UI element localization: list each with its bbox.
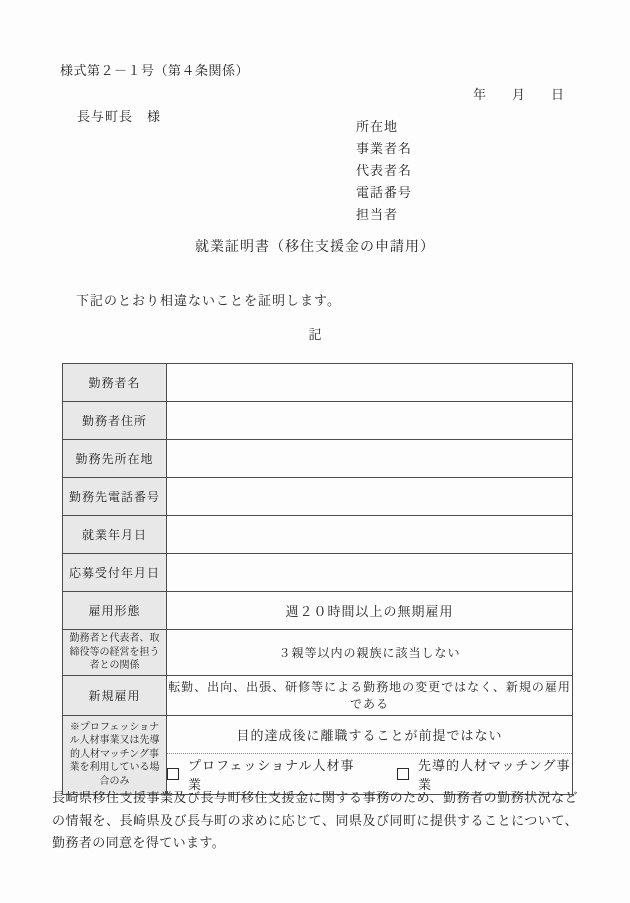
certify-statement: 下記のとおり相違ないことを証明します。 [76, 290, 341, 309]
consent-note: 長崎県移住支援事業及び長与町移住支援金に関する事務のため、勤務者の勤務状況などの… [52, 787, 578, 855]
table-row-worker-name: 勤務者名 [63, 364, 573, 402]
sender-block: 所在地 事業者名 代表者名 電話番号 担当者 [356, 116, 412, 226]
row-label-worker-name: 勤務者名 [63, 364, 167, 402]
fill-area-application-date[interactable] [167, 554, 573, 592]
fill-area-worker-address[interactable] [167, 402, 573, 440]
fill-area-employment-date[interactable] [167, 516, 573, 554]
value-new-employment: 転勤、出向、出張、研修等による勤務地の変更ではなく、新規の雇用である [167, 675, 573, 715]
table-row-new-employment: 新規雇用 転勤、出向、出張、研修等による勤務地の変更ではなく、新規の雇用である [63, 675, 573, 715]
row-label-jinzai-program: ※プロフェッショナル人材事業又は先導的人材マッチング事業を利用している場合のみ [63, 715, 167, 794]
table-row-relationship: 勤務者と代表者、取締役等の経営を担う者との関係 ３親等以内の親族に該当しない [63, 630, 573, 676]
value-employment-type: 週２０時間以上の無期雇用 [167, 592, 573, 630]
sender-field-phone-number[interactable]: 電話番号 [356, 182, 412, 204]
row-label-worker-address: 勤務者住所 [63, 402, 167, 440]
ki-marker: 記 [0, 324, 630, 343]
row-label-workplace-location: 勤務先所在地 [63, 440, 167, 478]
row-label-workplace-phone: 勤務先電話番号 [63, 478, 167, 516]
fill-area-workplace-location[interactable] [167, 440, 573, 478]
jinzai-program-statement: 目的達成後に離職することが前提ではない [167, 716, 572, 753]
table-row-worker-address: 勤務者住所 [63, 402, 573, 440]
sender-field-location[interactable]: 所在地 [356, 116, 412, 138]
checkbox-icon[interactable] [397, 768, 409, 780]
row-label-relationship: 勤務者と代表者、取締役等の経営を担う者との関係 [63, 630, 167, 676]
table-row-employment-date: 就業年月日 [63, 516, 573, 554]
row-label-employment-date: 就業年月日 [63, 516, 167, 554]
jinzai-program-cell: 目的達成後に離職することが前提ではない プロフェッショナル人材事業 先導的人材マ… [167, 715, 573, 794]
sender-field-contact-person[interactable]: 担当者 [356, 204, 412, 226]
row-label-application-date: 応募受付年月日 [63, 554, 167, 592]
table-row-employment-type: 雇用形態 週２０時間以上の無期雇用 [63, 592, 573, 630]
table-row-application-date: 応募受付年月日 [63, 554, 573, 592]
table-row-workplace-phone: 勤務先電話番号 [63, 478, 573, 516]
row-label-employment-type: 雇用形態 [63, 592, 167, 630]
value-relationship: ３親等以内の親族に該当しない [167, 630, 573, 676]
date-line[interactable]: 年 月 日 [473, 84, 564, 103]
sender-field-business-name[interactable]: 事業者名 [356, 138, 412, 160]
table-row-jinzai-program: ※プロフェッショナル人材事業又は先導的人材マッチング事業を利用している場合のみ … [63, 715, 573, 794]
row-label-new-employment: 新規雇用 [63, 675, 167, 715]
employment-certificate-table: 勤務者名 勤務者住所 勤務先所在地 勤務先電話番号 就業年月日 応募受付年月日 [62, 363, 573, 795]
document-title: 就業証明書（移住支援金の申請用） [0, 236, 630, 256]
checkbox-icon[interactable] [167, 768, 179, 780]
sender-field-representative-name[interactable]: 代表者名 [356, 160, 412, 182]
table-row-workplace-location: 勤務先所在地 [63, 440, 573, 478]
document-page: 様式第２－１号（第４条関係） 年 月 日 長与町長 様 所在地 事業者名 代表者… [0, 0, 630, 903]
fill-area-worker-name[interactable] [167, 364, 573, 402]
form-number: 様式第２－１号（第４条関係） [60, 60, 249, 79]
addressee: 長与町長 様 [77, 106, 161, 125]
fill-area-workplace-phone[interactable] [167, 478, 573, 516]
